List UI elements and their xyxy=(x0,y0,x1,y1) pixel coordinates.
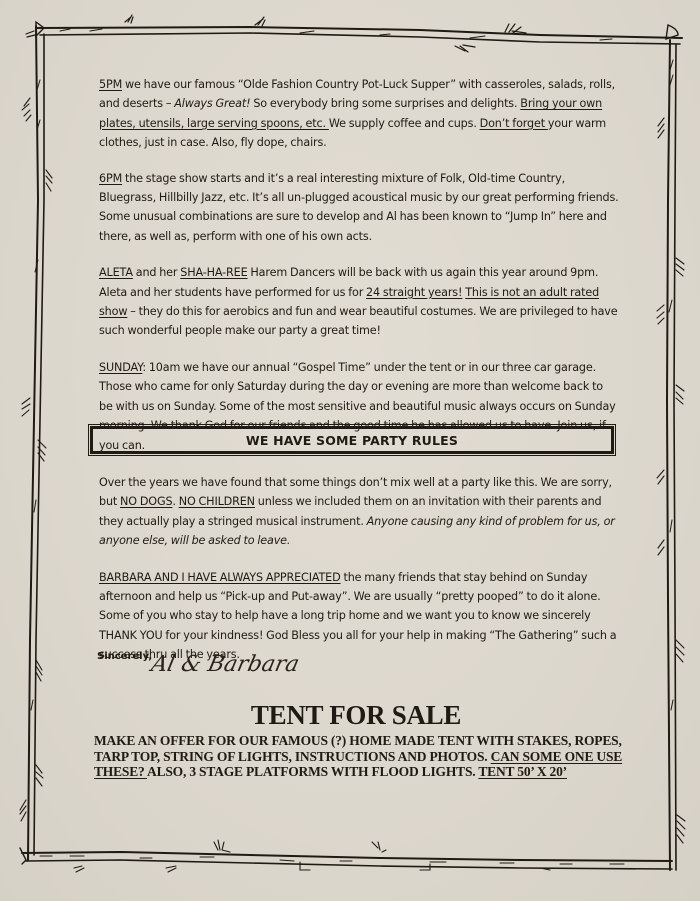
flyer-page: 5PM we have our famous “Olde Fashion Cou… xyxy=(0,0,700,901)
flyer-body: 5PM we have our famous “Olde Fashion Cou… xyxy=(99,75,619,472)
thanks-paragraph: BARBARA AND I HAVE ALWAYS APPRECIATED th… xyxy=(99,568,619,665)
aleta-name: ALETA xyxy=(99,266,133,279)
handwritten-signature: Al & Barbara xyxy=(146,652,345,692)
tent-for-sale-title: TENT FOR SALE xyxy=(0,700,700,731)
no-dogs: NO DOGS xyxy=(120,495,172,508)
time-6pm: 6PM xyxy=(99,172,122,185)
sunday-label: SUNDAY xyxy=(99,361,142,374)
tent-size: TENT 50’ X 20’ xyxy=(478,764,567,779)
rules-section: Over the years we have found that some t… xyxy=(99,473,619,682)
supper-paragraph: 5PM we have our famous “Olde Fashion Cou… xyxy=(99,75,619,153)
dancers-paragraph: ALETA and her SHA-HA-REE Harem Dancers w… xyxy=(99,263,619,341)
party-rules-heading: WE HAVE SOME PARTY RULES xyxy=(90,426,614,454)
no-children: NO CHILDREN xyxy=(179,495,255,508)
signoff: Sincerely, xyxy=(97,651,152,662)
time-5pm: 5PM xyxy=(99,78,122,91)
rules-paragraph: Over the years we have found that some t… xyxy=(99,473,619,551)
tent-for-sale-body: MAKE AN OFFER FOR OUR FAMOUS (?) HOME MA… xyxy=(94,733,624,780)
stage-show-paragraph: 6PM the stage show starts and it’s a rea… xyxy=(99,169,619,247)
